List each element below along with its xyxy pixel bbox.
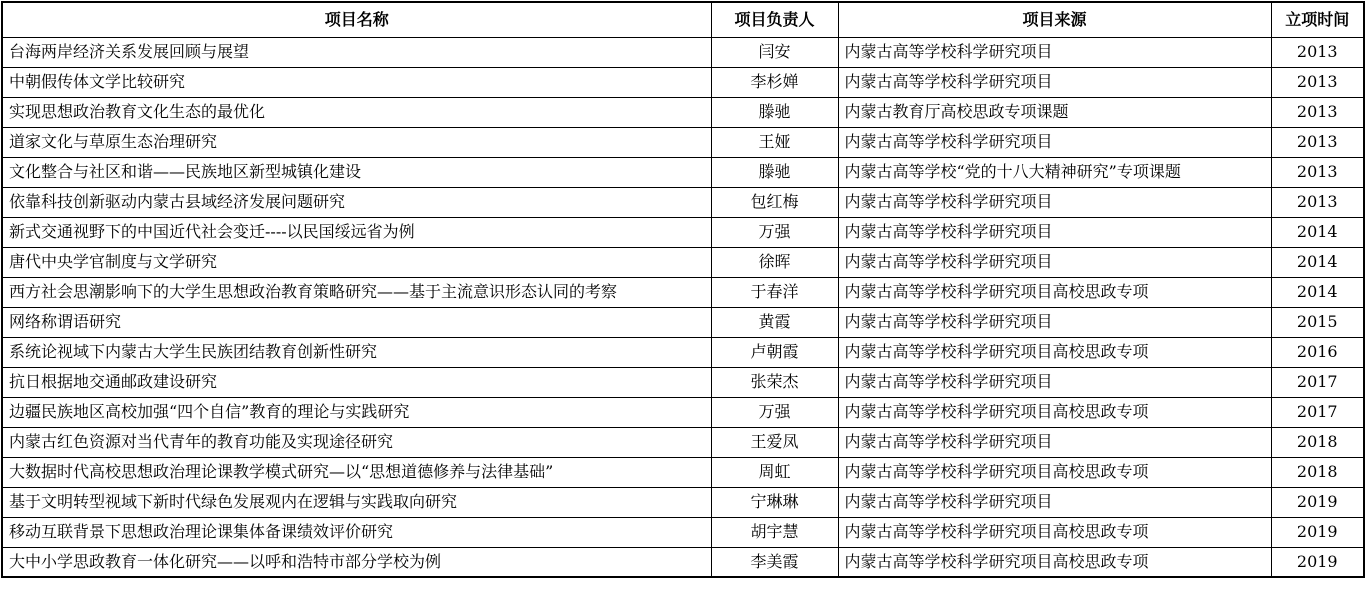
header-project-leader: 项目负责人 — [711, 2, 838, 37]
table-row: 唐代中央学官制度与文学研究徐晖内蒙古高等学校科学研究项目2014 — [2, 247, 1364, 277]
cell-project-source: 内蒙古高等学校科学研究项目高校思政专项 — [838, 457, 1271, 487]
cell-project-source: 内蒙古高等学校科学研究项目 — [838, 307, 1271, 337]
cell-project-name: 抗日根据地交通邮政建设研究 — [2, 367, 711, 397]
cell-project-name: 西方社会思潮影响下的大学生思想政治教育策略研究——基于主流意识形态认同的考察 — [2, 277, 711, 307]
cell-project-source: 内蒙古高等学校科学研究项目 — [838, 127, 1271, 157]
cell-project-name: 内蒙古红色资源对当代青年的教育功能及实现途径研究 — [2, 427, 711, 457]
table-body: 台海两岸经济关系发展回顾与展望闫安内蒙古高等学校科学研究项目2013中朝假传体文… — [2, 37, 1364, 577]
table-row: 中朝假传体文学比较研究李杉婵内蒙古高等学校科学研究项目2013 — [2, 67, 1364, 97]
cell-approval-year: 2017 — [1271, 397, 1364, 427]
table-row: 文化整合与社区和谐——民族地区新型城镇化建设滕驰内蒙古高等学校“党的十八大精神研… — [2, 157, 1364, 187]
header-project-source: 项目来源 — [838, 2, 1271, 37]
cell-approval-year: 2013 — [1271, 97, 1364, 127]
table-row: 西方社会思潮影响下的大学生思想政治教育策略研究——基于主流意识形态认同的考察于春… — [2, 277, 1364, 307]
table-row: 大中小学思政教育一体化研究——以呼和浩特市部分学校为例李美霞内蒙古高等学校科学研… — [2, 547, 1364, 577]
cell-approval-year: 2015 — [1271, 307, 1364, 337]
cell-approval-year: 2018 — [1271, 427, 1364, 457]
cell-project-name: 文化整合与社区和谐——民族地区新型城镇化建设 — [2, 157, 711, 187]
cell-project-name: 新式交通视野下的中国近代社会变迁----以民国绥远省为例 — [2, 217, 711, 247]
table-row: 网络称谓语研究黄霞内蒙古高等学校科学研究项目2015 — [2, 307, 1364, 337]
cell-project-leader: 张荣杰 — [711, 367, 838, 397]
table-header-row: 项目名称 项目负责人 项目来源 立项时间 — [2, 2, 1364, 37]
cell-approval-year: 2017 — [1271, 367, 1364, 397]
cell-project-name: 唐代中央学官制度与文学研究 — [2, 247, 711, 277]
cell-project-name: 实现思想政治教育文化生态的最优化 — [2, 97, 711, 127]
cell-project-leader: 李美霞 — [711, 547, 838, 577]
cell-approval-year: 2013 — [1271, 37, 1364, 67]
table-row: 移动互联背景下思想政治理论课集体备课绩效评价研究胡宇慧内蒙古高等学校科学研究项目… — [2, 517, 1364, 547]
header-approval-year: 立项时间 — [1271, 2, 1364, 37]
cell-project-leader: 王娅 — [711, 127, 838, 157]
cell-project-leader: 滕驰 — [711, 157, 838, 187]
cell-project-name: 边疆民族地区高校加强“四个自信”教育的理论与实践研究 — [2, 397, 711, 427]
cell-project-leader: 万强 — [711, 397, 838, 427]
cell-project-leader: 于春洋 — [711, 277, 838, 307]
cell-approval-year: 2019 — [1271, 487, 1364, 517]
cell-project-leader: 闫安 — [711, 37, 838, 67]
cell-project-name: 大中小学思政教育一体化研究——以呼和浩特市部分学校为例 — [2, 547, 711, 577]
cell-project-source: 内蒙古高等学校“党的十八大精神研究”专项课题 — [838, 157, 1271, 187]
cell-approval-year: 2013 — [1271, 157, 1364, 187]
cell-project-name: 移动互联背景下思想政治理论课集体备课绩效评价研究 — [2, 517, 711, 547]
cell-project-source: 内蒙古高等学校科学研究项目 — [838, 367, 1271, 397]
cell-project-leader: 包红梅 — [711, 187, 838, 217]
table-row: 道家文化与草原生态治理研究王娅内蒙古高等学校科学研究项目2013 — [2, 127, 1364, 157]
cell-project-name: 台海两岸经济关系发展回顾与展望 — [2, 37, 711, 67]
table-row: 实现思想政治教育文化生态的最优化滕驰内蒙古教育厅高校思政专项课题2013 — [2, 97, 1364, 127]
projects-table: 项目名称 项目负责人 项目来源 立项时间 台海两岸经济关系发展回顾与展望闫安内蒙… — [1, 1, 1365, 578]
cell-project-source: 内蒙古高等学校科学研究项目 — [838, 427, 1271, 457]
cell-project-name: 依靠科技创新驱动内蒙古县域经济发展问题研究 — [2, 187, 711, 217]
cell-project-leader: 李杉婵 — [711, 67, 838, 97]
cell-approval-year: 2013 — [1271, 187, 1364, 217]
cell-project-leader: 滕驰 — [711, 97, 838, 127]
table-row: 大数据时代高校思想政治理论课教学模式研究—以“思想道德修养与法律基础”周虹内蒙古… — [2, 457, 1364, 487]
cell-approval-year: 2019 — [1271, 547, 1364, 577]
table-row: 边疆民族地区高校加强“四个自信”教育的理论与实践研究万强内蒙古高等学校科学研究项… — [2, 397, 1364, 427]
cell-project-source: 内蒙古高等学校科学研究项目 — [838, 217, 1271, 247]
cell-project-source: 内蒙古高等学校科学研究项目高校思政专项 — [838, 547, 1271, 577]
table-row: 台海两岸经济关系发展回顾与展望闫安内蒙古高等学校科学研究项目2013 — [2, 37, 1364, 67]
table-row: 系统论视域下内蒙古大学生民族团结教育创新性研究卢朝霞内蒙古高等学校科学研究项目高… — [2, 337, 1364, 367]
cell-project-source: 内蒙古高等学校科学研究项目高校思政专项 — [838, 277, 1271, 307]
cell-approval-year: 2014 — [1271, 247, 1364, 277]
cell-project-name: 中朝假传体文学比较研究 — [2, 67, 711, 97]
cell-project-source: 内蒙古高等学校科学研究项目高校思政专项 — [838, 397, 1271, 427]
cell-project-source: 内蒙古高等学校科学研究项目 — [838, 487, 1271, 517]
cell-project-source: 内蒙古高等学校科学研究项目 — [838, 37, 1271, 67]
table-row: 基于文明转型视域下新时代绿色发展观内在逻辑与实践取向研究宁琳琳内蒙古高等学校科学… — [2, 487, 1364, 517]
cell-project-leader: 徐晖 — [711, 247, 838, 277]
cell-project-source: 内蒙古高等学校科学研究项目高校思政专项 — [838, 337, 1271, 367]
cell-project-leader: 卢朝霞 — [711, 337, 838, 367]
cell-project-source: 内蒙古高等学校科学研究项目 — [838, 247, 1271, 277]
cell-project-source: 内蒙古高等学校科学研究项目 — [838, 187, 1271, 217]
table-row: 依靠科技创新驱动内蒙古县域经济发展问题研究包红梅内蒙古高等学校科学研究项目201… — [2, 187, 1364, 217]
cell-approval-year: 2014 — [1271, 217, 1364, 247]
cell-approval-year: 2016 — [1271, 337, 1364, 367]
table-row: 新式交通视野下的中国近代社会变迁----以民国绥远省为例万强内蒙古高等学校科学研… — [2, 217, 1364, 247]
cell-project-leader: 王爱凤 — [711, 427, 838, 457]
cell-project-name: 大数据时代高校思想政治理论课教学模式研究—以“思想道德修养与法律基础” — [2, 457, 711, 487]
cell-approval-year: 2013 — [1271, 67, 1364, 97]
cell-approval-year: 2013 — [1271, 127, 1364, 157]
cell-project-source: 内蒙古高等学校科学研究项目高校思政专项 — [838, 517, 1271, 547]
cell-project-source: 内蒙古教育厅高校思政专项课题 — [838, 97, 1271, 127]
cell-project-name: 道家文化与草原生态治理研究 — [2, 127, 711, 157]
cell-project-name: 系统论视域下内蒙古大学生民族团结教育创新性研究 — [2, 337, 711, 367]
cell-project-name: 基于文明转型视域下新时代绿色发展观内在逻辑与实践取向研究 — [2, 487, 711, 517]
cell-approval-year: 2019 — [1271, 517, 1364, 547]
cell-project-name: 网络称谓语研究 — [2, 307, 711, 337]
cell-approval-year: 2018 — [1271, 457, 1364, 487]
cell-project-leader: 万强 — [711, 217, 838, 247]
cell-project-leader: 周虹 — [711, 457, 838, 487]
cell-project-leader: 宁琳琳 — [711, 487, 838, 517]
header-project-name: 项目名称 — [2, 2, 711, 37]
cell-project-leader: 胡宇慧 — [711, 517, 838, 547]
cell-project-source: 内蒙古高等学校科学研究项目 — [838, 67, 1271, 97]
table-row: 内蒙古红色资源对当代青年的教育功能及实现途径研究王爱凤内蒙古高等学校科学研究项目… — [2, 427, 1364, 457]
table-row: 抗日根据地交通邮政建设研究张荣杰内蒙古高等学校科学研究项目2017 — [2, 367, 1364, 397]
cell-project-leader: 黄霞 — [711, 307, 838, 337]
cell-approval-year: 2014 — [1271, 277, 1364, 307]
